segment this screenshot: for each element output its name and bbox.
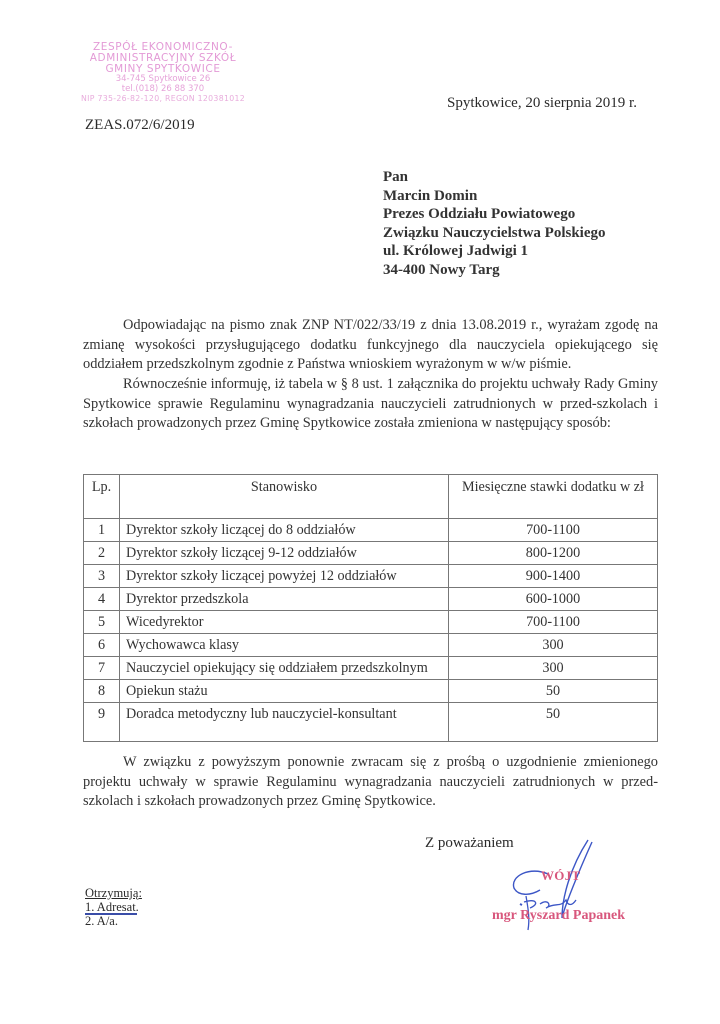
recipient-item: 1. Adresat. xyxy=(85,900,142,914)
cell-position: Dyrektor szkoły liczącej do 8 oddziałów xyxy=(120,519,449,542)
table-row: 6Wychowawca klasy300 xyxy=(84,634,658,657)
cell-lp: 3 xyxy=(84,565,120,588)
cell-rate: 300 xyxy=(449,634,658,657)
recipient-item: 2. A/a. xyxy=(85,914,142,928)
cell-lp: 6 xyxy=(84,634,120,657)
column-header-rate: Miesięczne stawki dodatku w zł xyxy=(449,475,658,519)
reference-number: ZEAS.072/6/2019 xyxy=(85,117,195,134)
addressee-line: Pan xyxy=(383,168,606,187)
body-paragraph-3: W związku z powyższym ponownie zwracam s… xyxy=(83,753,658,812)
table-header-row: Lp. Stanowisko Miesięczne stawki dodatku… xyxy=(84,475,658,519)
cell-lp: 1 xyxy=(84,519,120,542)
official-title: WÓJT xyxy=(541,868,580,884)
cell-lp: 4 xyxy=(84,588,120,611)
column-header-position: Stanowisko xyxy=(120,475,449,519)
addressee-line: Marcin Domin xyxy=(383,187,606,206)
body-paragraph-1: Odpowiadając na pismo znak ZNP NT/022/33… xyxy=(83,316,658,375)
cell-position: Dyrektor szkoły liczącej 9-12 oddziałów xyxy=(120,542,449,565)
cell-position: Wicedyrektor xyxy=(120,611,449,634)
stamp-line: tel.(018) 26 88 370 xyxy=(58,85,268,95)
recipients-header: Otrzymują: xyxy=(85,886,142,900)
table-row: 5Wicedyrektor700-1100 xyxy=(84,611,658,634)
table-row: 1Dyrektor szkoły liczącej do 8 oddziałów… xyxy=(84,519,658,542)
cell-position: Opiekun stażu xyxy=(120,680,449,703)
addressee-block: Pan Marcin Domin Prezes Oddziału Powiato… xyxy=(383,168,606,279)
cell-position: Nauczyciel opiekujący się oddziałem prze… xyxy=(120,657,449,680)
cell-position: Doradca metodyczny lub nauczyciel-konsul… xyxy=(120,703,449,742)
table-row: 7Nauczyciel opiekujący się oddziałem prz… xyxy=(84,657,658,680)
stamp-line: NIP 735-26-82-120, REGON 120381012 xyxy=(58,94,268,103)
paragraph-text: Odpowiadając na pismo znak ZNP NT/022/33… xyxy=(83,317,658,372)
addressee-line: 34-400 Nowy Targ xyxy=(383,261,606,280)
organization-stamp: ZESPÓŁ EKONOMICZNO- ADMINISTRACYJNY SZKÓ… xyxy=(58,42,268,103)
cell-rate: 800-1200 xyxy=(449,542,658,565)
signer-name: mgr Ryszard Papanek xyxy=(492,908,625,924)
pen-underline xyxy=(85,913,137,915)
cell-lp: 2 xyxy=(84,542,120,565)
cell-rate: 900-1400 xyxy=(449,565,658,588)
column-header-lp: Lp. xyxy=(84,475,120,519)
handwritten-signature xyxy=(500,838,640,948)
addressee-line: ul. Królowej Jadwigi 1 xyxy=(383,242,606,261)
cell-rate: 700-1100 xyxy=(449,611,658,634)
table-row: 8Opiekun stażu50 xyxy=(84,680,658,703)
table-row: 2Dyrektor szkoły liczącej 9-12 oddziałów… xyxy=(84,542,658,565)
recipients-list: Otrzymują: 1. Adresat. 2. A/a. xyxy=(85,886,142,928)
paragraph-text: Równocześnie informuję, iż tabela w § 8 … xyxy=(83,376,658,431)
place-date: Spytkowice, 20 sierpnia 2019 r. xyxy=(447,95,637,112)
cell-lp: 8 xyxy=(84,680,120,703)
addressee-line: Prezes Oddziału Powiatowego xyxy=(383,205,606,224)
allowance-rates-table: Lp. Stanowisko Miesięczne stawki dodatku… xyxy=(83,474,658,742)
cell-position: Dyrektor szkoły liczącej powyżej 12 oddz… xyxy=(120,565,449,588)
cell-lp: 7 xyxy=(84,657,120,680)
table-row: 9Doradca metodyczny lub nauczyciel-konsu… xyxy=(84,703,658,742)
cell-position: Dyrektor przedszkola xyxy=(120,588,449,611)
cell-rate: 50 xyxy=(449,680,658,703)
body-paragraph-2: Równocześnie informuję, iż tabela w § 8 … xyxy=(83,375,658,434)
cell-rate: 700-1100 xyxy=(449,519,658,542)
paragraph-text: W związku z powyższym ponownie zwracam s… xyxy=(83,754,658,809)
table-row: 4Dyrektor przedszkola600-1000 xyxy=(84,588,658,611)
cell-position: Wychowawca klasy xyxy=(120,634,449,657)
table-row: 3Dyrektor szkoły liczącej powyżej 12 odd… xyxy=(84,565,658,588)
cell-lp: 5 xyxy=(84,611,120,634)
cell-rate: 50 xyxy=(449,703,658,742)
addressee-line: Związku Nauczycielstwa Polskiego xyxy=(383,224,606,243)
cell-rate: 300 xyxy=(449,657,658,680)
cell-rate: 600-1000 xyxy=(449,588,658,611)
cell-lp: 9 xyxy=(84,703,120,742)
